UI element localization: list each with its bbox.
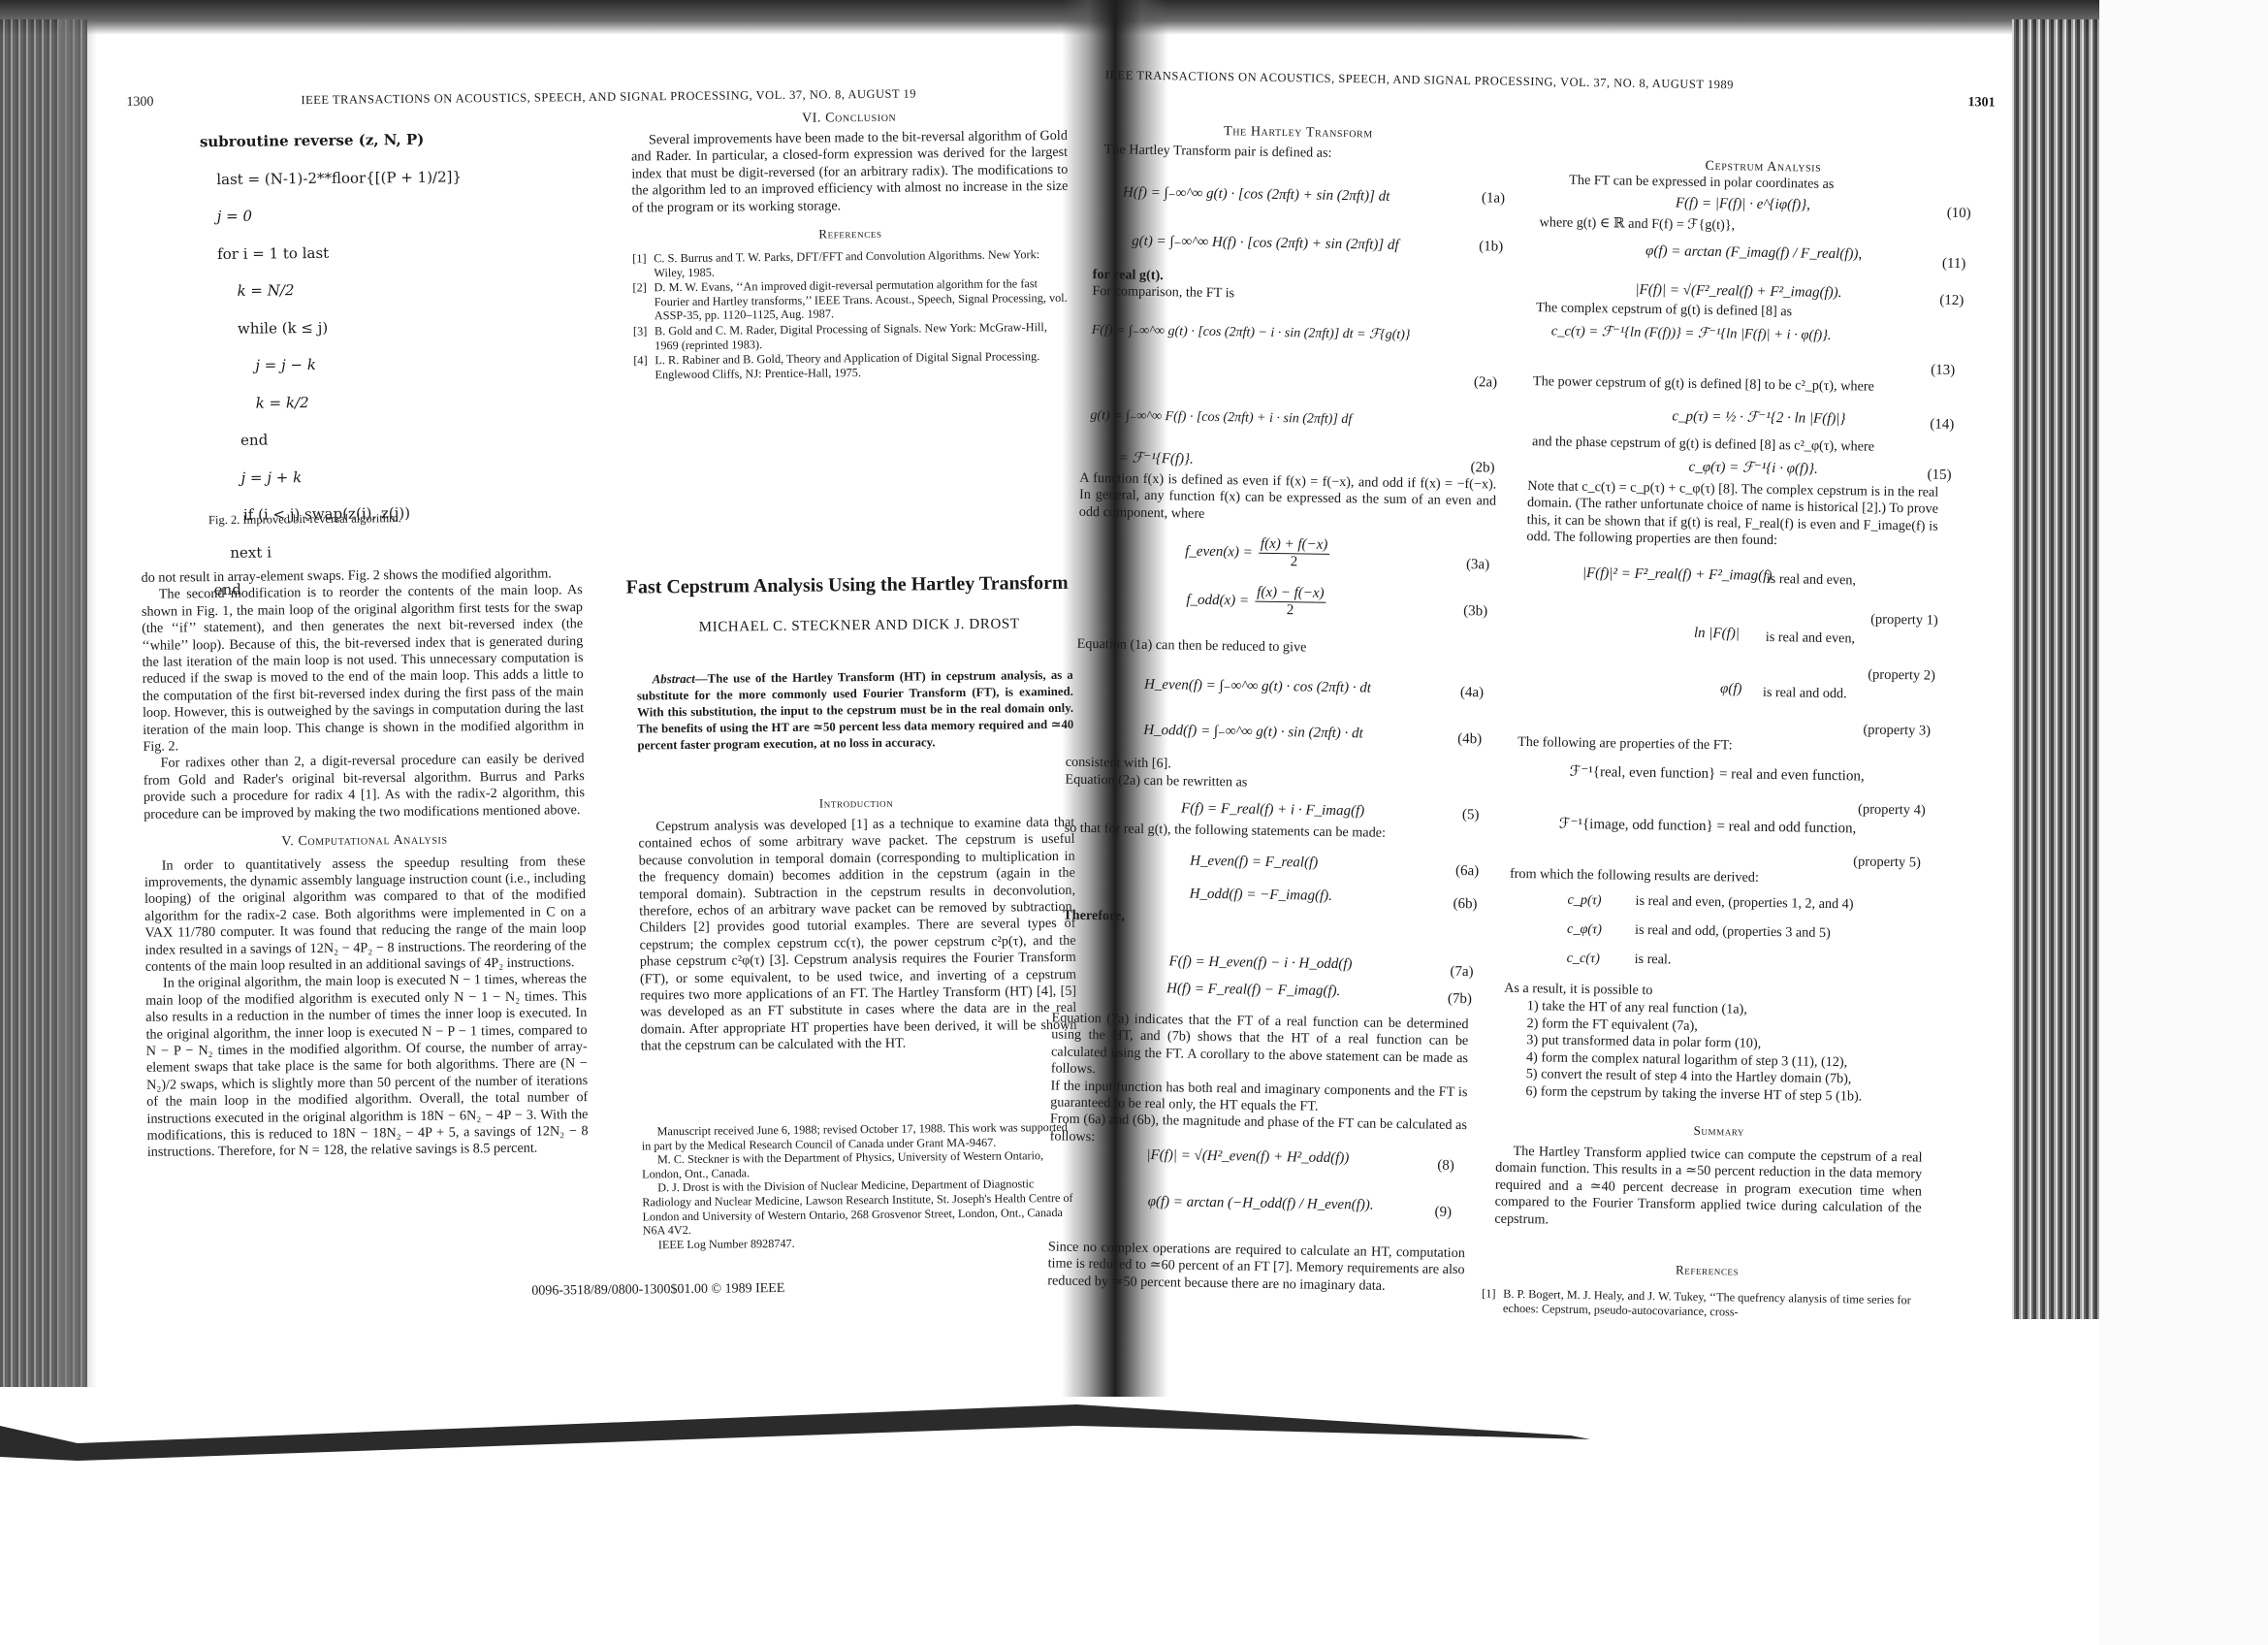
equation-number: (3b) <box>1463 603 1487 620</box>
equation-2a: F(f) = ∫₋∞^∞ g(t) · [cos (2πft) − i · si… <box>1092 322 1411 343</box>
page-1301: IEEE TRANSACTIONS ON ACOUSTICS, SPEECH, … <box>1075 68 2027 1382</box>
equation-7a: F(f) = H_even(f) − i · H_odd(f) <box>1168 953 1352 973</box>
equation-number: (1a) <box>1482 190 1505 207</box>
book-bottom-edge <box>0 1397 1590 1465</box>
equation-2b-line1: g(t) = ∫₋∞^∞ F(f) · [cos (2πft) + i · si… <box>1090 407 1352 428</box>
footnote-line: M. C. Steckner is with the Department of… <box>642 1148 1078 1181</box>
reference-list: [1]B. P. Bogert, M. J. Healy, and J. W. … <box>1482 1286 1918 1322</box>
equation-15: c_φ(τ) = ℱ⁻¹{i · φ(f)}. <box>1688 458 1818 478</box>
equation-8: |F(f)| = √(H²_even(f) + H²_odd(f)) <box>1146 1147 1349 1167</box>
property-label: (property 2) <box>1868 667 1935 685</box>
abstract: Abstract—The use of the Hartley Transfor… <box>637 667 1074 755</box>
derived-results: c_p(τ)is real and even, (properties 1, 2… <box>1566 892 1853 984</box>
equation-number: (14) <box>1930 417 1954 434</box>
code-line: j = j + k <box>203 466 591 507</box>
paragraph: The second modification is to reorder th… <box>142 583 585 757</box>
steps-list: 1) take the HT of any real function (1a)… <box>1525 998 1863 1105</box>
body-column-1: do not result in array-element swaps. Fi… <box>142 565 589 1162</box>
section-heading-v: V. Computational Analysis <box>144 830 585 852</box>
code-line: k = N/2 <box>201 278 589 320</box>
reference-item: [1]B. P. Bogert, M. J. Healy, and J. W. … <box>1482 1286 1918 1321</box>
equation-number: (7b) <box>1448 991 1472 1008</box>
therefore-text: Therefore, <box>1063 908 1125 925</box>
paragraph: For radixes other than 2, a digit-revers… <box>144 752 586 823</box>
reference-item: [3]B. Gold and C. M. Rader, Digital Proc… <box>633 320 1070 353</box>
section-heading-vi: VI. Conclusion <box>631 109 1068 129</box>
final-paragraph: Since no complex operations are required… <box>1047 1239 1465 1296</box>
equation-number: (3a) <box>1466 557 1489 573</box>
hartley-heading: The Hartley Transform <box>1095 122 1502 145</box>
footnote-line: Manuscript received June 6, 1988; revise… <box>642 1120 1078 1153</box>
equation-5: F(f) = F_real(f) + i · F_imag(f) <box>1181 800 1364 820</box>
equation-1b: g(t) = ∫₋∞^∞ H(f) · [cos (2πft) + sin (2… <box>1132 232 1399 254</box>
equation-number: (9) <box>1434 1205 1452 1221</box>
property-label: (property 1) <box>1870 612 1938 629</box>
paragraph: In the original algorithm, the main loop… <box>145 971 589 1161</box>
abstract-label: Abstract— <box>637 672 708 687</box>
scanner-margin <box>2099 0 2268 1645</box>
reference-item: [4]L. R. Rabiner and B. Gold, Theory and… <box>633 349 1070 382</box>
code-line: k = k/2 <box>203 391 591 433</box>
equation-9: φ(f) = arctan (−H_odd(f) / H_even(f)). <box>1148 1194 1374 1214</box>
equation-number: (12) <box>1939 293 1964 309</box>
reference-item: [1]C. S. Burrus and T. W. Parks, DFT/FFT… <box>632 247 1069 280</box>
page-number: 1301 <box>1967 95 1995 111</box>
property-1-expr: |F(f)|² = F²_real(f) + F²_imag(f) <box>1582 565 1773 585</box>
equation-4b: H_odd(f) = ∫₋∞^∞ g(t) · sin (2πft) · dt <box>1143 721 1363 743</box>
running-head: IEEE TRANSACTIONS ON ACOUSTICS, SPEECH, … <box>301 86 916 108</box>
equation-number: (7a) <box>1450 964 1473 981</box>
derived-text: from which the following results are der… <box>1510 866 1759 887</box>
summary-heading: Summary <box>1506 1120 1933 1143</box>
paragraph-7: Equation (7a) indicates that the FT of a… <box>1050 1010 1469 1151</box>
reduce-text: Equation (1a) can then be reduced to giv… <box>1077 636 1307 657</box>
note-text: Note that c_c(τ) = c_p(τ) + c_φ(τ) [8]. … <box>1526 478 1938 552</box>
equation-number: (15) <box>1927 468 1951 484</box>
equation-12: |F(f)| = √(F²_real(f) + F²_imag(f)). <box>1635 282 1841 302</box>
article-authors: MICHAEL C. STECKNER AND DICK J. DROST <box>651 616 1068 637</box>
property-5-expr: ℱ⁻¹{image, odd function} = real and odd … <box>1559 815 1857 838</box>
right-page-edges <box>2012 19 2099 1319</box>
code-line: j = 0 <box>201 204 589 245</box>
where-text: where g(t) ∈ ℝ and F(f) = ℱ{g(t)}, <box>1539 214 1735 235</box>
property-2-desc: is real and even, <box>1766 629 1855 648</box>
running-head: IEEE TRANSACTIONS ON ACOUSTICS, SPEECH, … <box>1105 68 1734 92</box>
equation-14: c_p(τ) = ½ · ℱ⁻¹{2 · ln |F(f)|} <box>1672 406 1845 428</box>
property-label: (property 5) <box>1853 854 1921 871</box>
equation-number: (10) <box>1947 206 1971 222</box>
code-line: for i = 1 to last <box>201 242 589 283</box>
conclusion-section: VI. Conclusion Several improvements have… <box>631 109 1070 383</box>
for-real-text: for real g(t). <box>1093 267 1164 285</box>
equation-1a: H(f) = ∫₋∞^∞ g(t) · [cos (2πft) + sin (2… <box>1123 182 1390 205</box>
equation-7b: H(f) = F_real(f) − F_imag(f). <box>1166 981 1340 1000</box>
equation-13: c_c(τ) = ℱ⁻¹{ln (F(f))} = ℱ⁻¹{ln |F(f)| … <box>1551 323 1832 344</box>
phase-text: and the phase cepstrum of g(t) is define… <box>1532 434 1874 456</box>
equation-number: (13) <box>1931 363 1955 379</box>
ft-props-text: The following are properties of the FT: <box>1517 734 1733 755</box>
paragraph: Several improvements have been made to t… <box>631 128 1069 217</box>
equation-11: φ(f) = arctan (F_imag(f) / F_real(f)), <box>1645 243 1862 264</box>
property-4-expr: ℱ⁻¹{real, even function} = real and even… <box>1570 762 1865 786</box>
equation-number: (8) <box>1437 1158 1454 1175</box>
page-1300: 1300 IEEE TRANSACTIONS ON ACOUSTICS, SPE… <box>126 48 1100 1387</box>
figure-2-code: subroutine reverse (z, N, P) last = (N-1… <box>200 129 592 608</box>
code-line: j = j − k <box>202 353 590 395</box>
code-line: end <box>203 428 591 469</box>
property-2-expr: ln |F(f)| <box>1694 626 1740 643</box>
introduction-text: Cepstrum analysis was developed [1] as a… <box>638 815 1077 1055</box>
equation-6b: H_odd(f) = −F_imag(f). <box>1189 887 1332 905</box>
figure-caption: Fig. 2. Improved bit-reversal algorithm. <box>208 511 401 528</box>
equation-2b-line2: = ℱ⁻¹{F(f)}. <box>1119 448 1194 468</box>
equation-10: F(f) = |F(f)| · e^{iφ(f)}, <box>1676 195 1810 213</box>
comparison-text: For comparison, the FT is <box>1092 283 1234 303</box>
reference-list: [1]C. S. Burrus and T. W. Parks, DFT/FFT… <box>632 247 1070 382</box>
even-odd-text: A function f(x) is defined as even if f(… <box>1079 470 1497 528</box>
equation-6a: H_even(f) = F_real(f) <box>1190 854 1318 872</box>
possible-text: As a result, it is possible to <box>1504 981 1653 1000</box>
left-edge-shadow <box>58 19 97 1387</box>
copyright-line: 0096-3518/89/0800-1300$01.00 © 1989 IEEE <box>531 1281 784 1300</box>
paragraph: In order to quantitatively assess the sp… <box>144 854 587 977</box>
equation-4a: H_even(f) = ∫₋∞^∞ g(t) · cos (2πft) · dt <box>1144 675 1371 697</box>
statements-text: so that for real g(t), the following sta… <box>1065 821 1387 843</box>
equation-number: (6a) <box>1455 863 1479 880</box>
summary-text: The Hartley Transform applied twice can … <box>1494 1144 1922 1235</box>
footnote-line: D. J. Drost is with the Division of Nucl… <box>642 1177 1079 1238</box>
equation-3a: f_even(x) = f(x) + f(−x) 2 <box>1185 535 1330 571</box>
equation-number: (11) <box>1942 256 1966 273</box>
property-label: (property 3) <box>1863 723 1931 740</box>
equation-number: (4a) <box>1460 685 1484 701</box>
equation-number: (2a) <box>1474 374 1497 391</box>
equation-3b: f_odd(x) = f(x) − f(−x) 2 <box>1186 584 1326 620</box>
consistent-text: consistent with [6]. <box>1066 755 1171 773</box>
equation-number: (2b) <box>1470 460 1494 476</box>
equation-number: (1b) <box>1479 239 1503 255</box>
article-title: Fast Cepstrum Analysis Using the Hartley… <box>626 572 1069 599</box>
references-heading: References <box>632 224 1069 244</box>
power-text: The power cepstrum of g(t) is defined [8… <box>1533 373 1874 396</box>
references-heading: References <box>1494 1260 1921 1282</box>
footnote: Manuscript received June 6, 1988; revise… <box>642 1120 1079 1252</box>
code-line: subroutine reverse (z, N, P) <box>200 129 588 171</box>
property-3-expr: φ(f) <box>1720 681 1742 697</box>
paragraph: Cepstrum analysis was developed [1] as a… <box>638 815 1077 1055</box>
polar-text: The FT can be expressed in polar coordin… <box>1569 173 1834 194</box>
equation-number: (4b) <box>1457 731 1482 748</box>
property-label: (property 4) <box>1858 801 1926 819</box>
page-number: 1300 <box>126 95 153 111</box>
reference-item: [2]D. M. W. Evans, ‘‘An improved digit-r… <box>632 276 1069 323</box>
hartley-intro: The Hartley Transform pair is defined as… <box>1104 142 1512 165</box>
code-line: while (k ≤ j) <box>202 316 590 358</box>
equation-number: (5) <box>1462 807 1480 823</box>
code-line: last = (N-1)-2**floor{[(P + 1)/2]} <box>200 167 588 209</box>
complex-text: The complex cepstrum of g(t) is defined … <box>1536 300 1792 321</box>
property-3-desc: is real and odd. <box>1763 685 1847 703</box>
rewrite-text: Equation (2a) can be rewritten as <box>1065 772 1247 791</box>
property-1-desc: is real and even, <box>1767 571 1856 590</box>
equation-number: (6b) <box>1453 896 1477 913</box>
introduction-heading: Introduction <box>638 793 1074 814</box>
